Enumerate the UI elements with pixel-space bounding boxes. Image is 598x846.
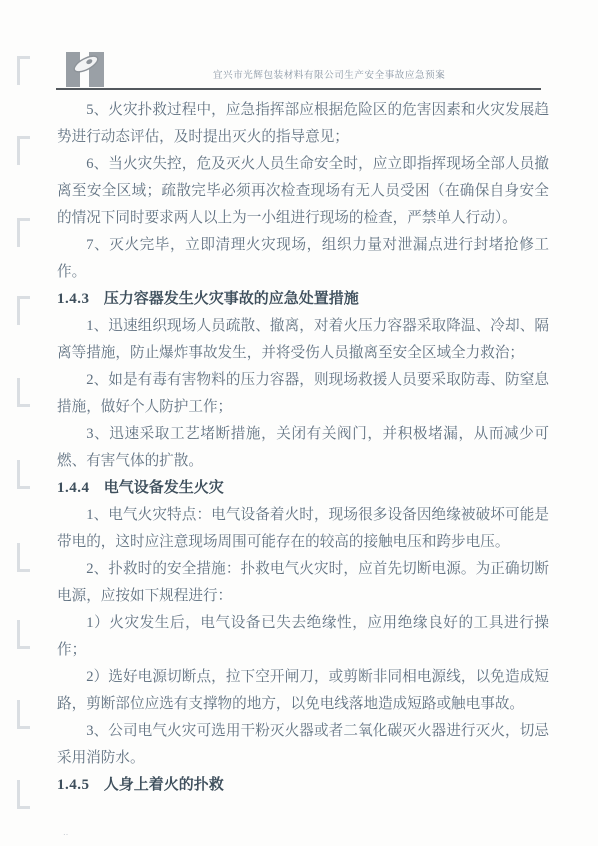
heading-number: 1.4.4 xyxy=(57,480,90,496)
heading-title: 电气设备发生火灾 xyxy=(104,480,224,496)
document-body: 5、火灾扑救过程中，应急指挥部应根据危险区的危害因素和火灾发展趋势进行动态评估，… xyxy=(57,97,549,799)
paragraph: 7、灭火完毕，立即清理火灾现场，组织力量对泄漏点进行封堵抢修工作。 xyxy=(57,232,549,286)
paragraph: 1）火灾发生后，电气设备已失去绝缘性，应用绝缘良好的工具进行操作； xyxy=(57,610,549,664)
binding-mark xyxy=(17,620,30,649)
paragraph: 2）选好电源切断点，拉下空开闸刀，或剪断非同相电源线，以免造成短路，剪断部位应选… xyxy=(57,664,549,718)
paragraph: 2、如是有毒有害物料的压力容器，则现场救援人员要采取防毒、防窒息措施，做好个人防… xyxy=(57,367,549,421)
header-rule xyxy=(56,88,541,90)
heading-title: 压力容器发生火灾事故的应急处置措施 xyxy=(104,291,359,307)
binding-mark xyxy=(17,543,30,572)
binding-mark xyxy=(17,296,30,325)
binding-mark xyxy=(17,700,30,729)
section-heading-1-4-4: 1.4.4电气设备发生火灾 xyxy=(57,475,549,502)
company-logo-icon xyxy=(65,51,105,88)
paragraph: 5、火灾扑救过程中，应急指挥部应根据危险区的危害因素和火灾发展趋势进行动态评估，… xyxy=(57,97,549,151)
page-footer-mark: ‥ xyxy=(63,828,70,837)
document-header-title: 宜兴市光辉包装材料有限公司生产安全事故应急预案 xyxy=(213,67,443,81)
paragraph: 2、扑救时的安全措施：扑救电气火灾时，应首先切断电源。为正确切断电源，应按如下规… xyxy=(57,556,549,610)
heading-number: 1.4.5 xyxy=(57,777,90,793)
paragraph: 3、公司电气火灾可选用干粉灭火器或者二氧化碳灭火器进行灭火，切忌采用消防水。 xyxy=(57,718,549,772)
scanned-document-page: 宜兴市光辉包装材料有限公司生产安全事故应急预案 5、火灾扑救过程中，应急指挥部应… xyxy=(0,0,598,846)
paragraph: 3、迅速采取工艺堵断措施，关闭有关阀门，并积极堵漏，从而减少可燃、有害气体的扩散… xyxy=(57,421,549,475)
section-heading-1-4-5: 1.4.5人身上着火的扑救 xyxy=(57,772,549,799)
binding-mark xyxy=(17,780,30,809)
binding-mark xyxy=(17,56,30,85)
section-heading-1-4-3: 1.4.3压力容器发生火灾事故的应急处置措施 xyxy=(57,286,549,313)
binding-mark xyxy=(17,460,30,489)
binding-mark xyxy=(17,136,30,165)
paragraph: 1、电气火灾特点：电气设备着火时，现场很多设备因绝缘被破坏可能是带电的，这时应注… xyxy=(57,502,549,556)
heading-title: 人身上着火的扑救 xyxy=(104,777,224,793)
binding-mark xyxy=(17,218,30,247)
binding-mark xyxy=(17,378,30,407)
paragraph: 1、迅速组织现场人员疏散、撤离，对着火压力容器采取降温、冷却、隔离等措施，防止爆… xyxy=(57,313,549,367)
paragraph: 6、当火灾失控，危及灭火人员生命安全时，应立即指挥现场全部人员撤离至安全区域；疏… xyxy=(57,151,549,232)
heading-number: 1.4.3 xyxy=(57,291,90,307)
